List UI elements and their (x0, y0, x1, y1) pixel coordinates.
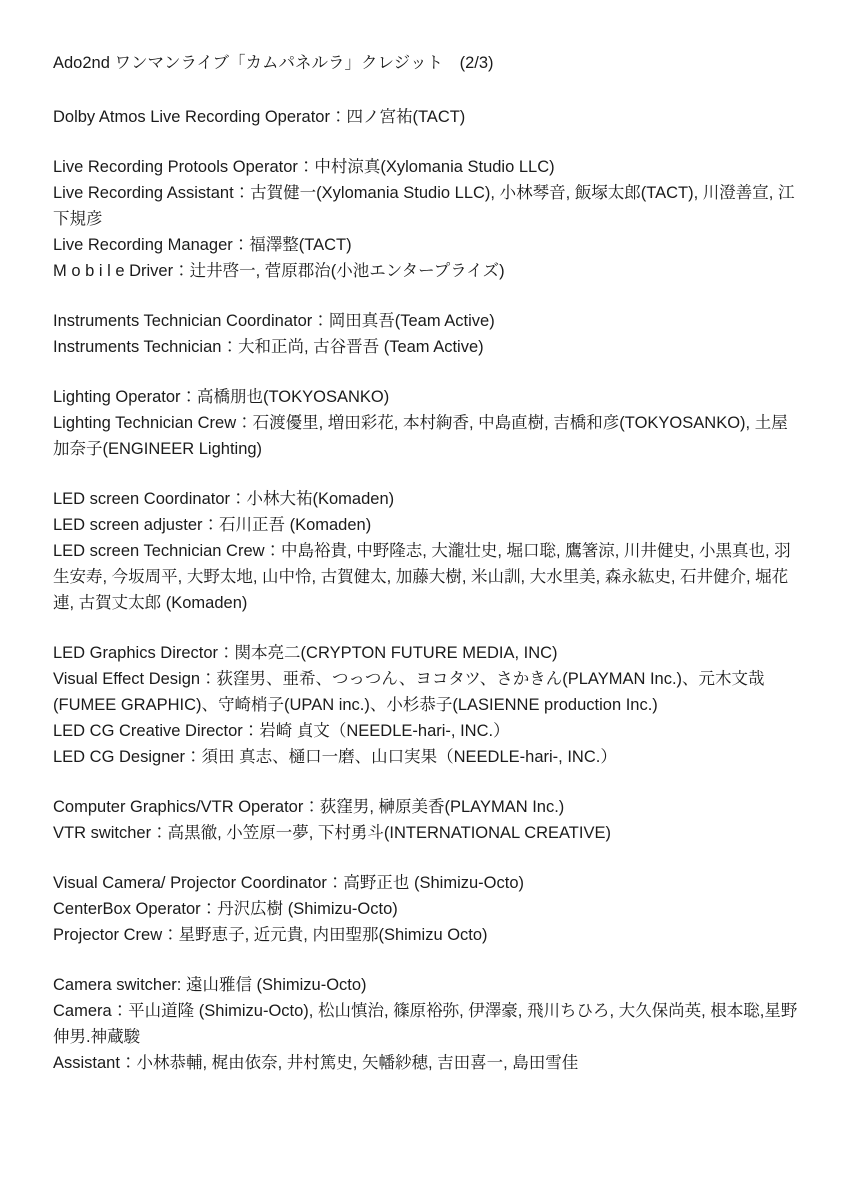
credit-line: Computer Graphics/VTR Operator：荻窪男, 榊原美香… (53, 794, 798, 820)
credit-line: LED CG Creative Director：岩崎 貞文（NEEDLE-ha… (53, 718, 798, 744)
credit-line: M o b i l e Driver：辻井啓一, 菅原郡治(小池エンタープライズ… (53, 258, 798, 284)
credit-line: Visual Effect Design：荻窪男、亜希、つっつん、ヨコタツ、さか… (53, 666, 798, 718)
credit-line: VTR switcher：高黒徹, 小笠原一夢, 下村勇斗(INTERNATIO… (53, 820, 798, 846)
credit-line: LED screen Coordinator：小林大祐(Komaden) (53, 486, 798, 512)
credits-list: Dolby Atmos Live Recording Operator：四ノ宮祐… (53, 104, 798, 1076)
credit-line: Dolby Atmos Live Recording Operator：四ノ宮祐… (53, 104, 798, 130)
credit-line: Lighting Operator：高橋朋也(TOKYOSANKO) (53, 384, 798, 410)
credit-line: Lighting Technician Crew：石渡優里, 増田彩花, 本村絢… (53, 410, 798, 462)
credit-line: Instruments Technician Coordinator：岡田真吾(… (53, 308, 798, 334)
credit-line: Assistant：小林恭輔, 梶由依奈, 井村篤史, 矢幡紗穂, 吉田喜一, … (53, 1050, 798, 1076)
credit-group: Visual Camera/ Projector Coordinator：高野正… (53, 870, 798, 948)
credit-line: LED CG Designer：須田 真志、樋口一磨、山口実果（NEEDLE-h… (53, 744, 798, 770)
credit-line: LED Graphics Director：関本亮二(CRYPTON FUTUR… (53, 640, 798, 666)
credit-line: Camera：平山道隆 (Shimizu-Octo), 松山慎治, 篠原裕弥, … (53, 998, 798, 1050)
credit-line: Live Recording Protools Operator：中村涼真(Xy… (53, 154, 798, 180)
credit-line: Instruments Technician：大和正尚, 古谷晋吾 (Team … (53, 334, 798, 360)
credit-line: Projector Crew：星野恵子, 近元貴, 内田聖那(Shimizu O… (53, 922, 798, 948)
credit-group: Computer Graphics/VTR Operator：荻窪男, 榊原美香… (53, 794, 798, 846)
credits-document: Ado2nd ワンマンライブ「カムパネルラ」クレジット (2/3) Dolby … (0, 0, 848, 1200)
credit-group: Camera switcher: 遠山雅信 (Shimizu-Octo)Came… (53, 972, 798, 1076)
credit-group: LED Graphics Director：関本亮二(CRYPTON FUTUR… (53, 640, 798, 770)
credit-group: LED screen Coordinator：小林大祐(Komaden)LED … (53, 486, 798, 616)
credit-line: Live Recording Manager：福澤整(TACT) (53, 232, 798, 258)
credit-line: Live Recording Assistant：古賀健一(Xylomania … (53, 180, 798, 232)
credit-group: Live Recording Protools Operator：中村涼真(Xy… (53, 154, 798, 284)
credit-line: LED screen adjuster：石川正吾 (Komaden) (53, 512, 798, 538)
credit-group: Lighting Operator：高橋朋也(TOKYOSANKO)Lighti… (53, 384, 798, 462)
page-title: Ado2nd ワンマンライブ「カムパネルラ」クレジット (2/3) (53, 50, 798, 76)
credit-group: Instruments Technician Coordinator：岡田真吾(… (53, 308, 798, 360)
credit-line: CenterBox Operator：丹沢広樹 (Shimizu-Octo) (53, 896, 798, 922)
credit-line: Camera switcher: 遠山雅信 (Shimizu-Octo) (53, 972, 798, 998)
credit-line: LED screen Technician Crew：中島裕貴, 中野隆志, 大… (53, 538, 798, 616)
credit-line: Visual Camera/ Projector Coordinator：高野正… (53, 870, 798, 896)
credit-group: Dolby Atmos Live Recording Operator：四ノ宮祐… (53, 104, 798, 130)
